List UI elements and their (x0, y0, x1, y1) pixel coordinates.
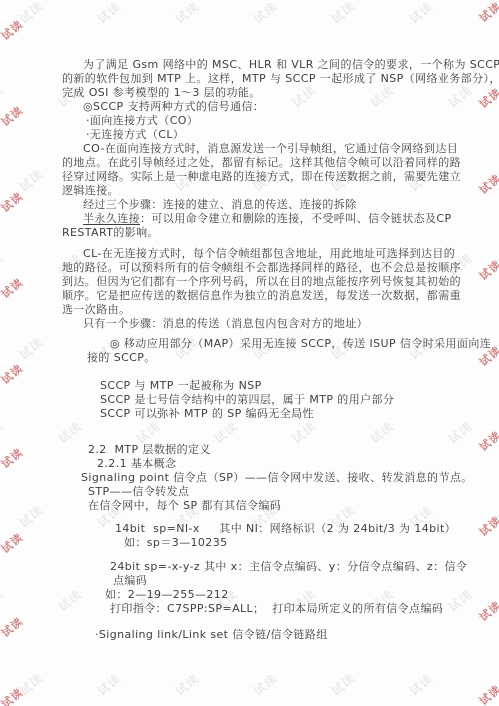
trial-watermark: 试读 (0, 250, 7, 280)
text-line: SCCP 与 MTP 一起被称为 NSP (100, 379, 262, 392)
trial-watermark: 试读 (55, 586, 86, 616)
trial-edge-stamp: 试读 (476, 681, 499, 706)
trial-edge-stamp: 试读 (476, 0, 499, 26)
trial-watermark: 试读 (94, 670, 125, 700)
trial-watermark: 试读 (211, 418, 242, 448)
text-line: 如：sp＝3—10235 (124, 536, 228, 549)
text-line: CL-在无连接方式时，每个信令帧组都包含地址，用此地址可选择到达目的 (83, 247, 455, 260)
text-line: 逻辑连接。 (62, 184, 119, 197)
text-line: 打印指令：C7SPP:SP=ALL； 打印本局所定义的所有信令点编码 (110, 602, 443, 615)
text-line: ◎SCCP 支持两种方式的信号通信： (83, 100, 264, 113)
trial-watermark: 试读 (289, 418, 320, 448)
text-line: ·面向连接方式（CO） (86, 114, 198, 127)
trial-watermark: 试读 (445, 586, 476, 616)
text-line: ◎ 移动应用部分（MAP）采用无连接 SCCP，传送 ISUP 信令时采用面向连 (110, 337, 491, 350)
trial-watermark: 试读 (172, 0, 203, 27)
trial-edge-stamp: 试读 (476, 512, 499, 540)
trial-watermark: 试读 (445, 82, 476, 112)
trial-watermark: 试读 (94, 0, 125, 27)
trial-edge-stamp: 试读 (0, 274, 26, 302)
trial-edge-stamp: 试读 (476, 256, 499, 284)
text-line: 如：2—19—255—212 (105, 588, 229, 601)
text-line: 径穿过网络。实际上是一种虚电路的连接方式，即在传送数据之前，需要先建立 (62, 170, 461, 183)
trial-watermark: 试读 (367, 418, 398, 448)
trial-watermark: 试读 (0, 82, 7, 112)
trial-watermark: 试读 (16, 166, 47, 196)
text-line: 地的路径。可以预料所有的信令帧组不会都选择同样的路径，也不会总是按顺序 (62, 261, 461, 274)
text-line: 顺序。它是把应传送的数据信息作为独立的消息发送，每发送一次数据，都需重 (62, 289, 461, 302)
document-page: 试读试读试读试读试读试读试读试读试读试读试读试读试读试读试读试读试读试读试读试读… (0, 0, 499, 706)
trial-edge-stamp: 试读 (0, 188, 26, 216)
text-line: 半永久连接：可以用命令建立和删除的连接，不受呼叫、信令链状态及CP (83, 212, 452, 225)
text-line: 2.2.1 基本概念 (97, 457, 177, 470)
trial-watermark: 试读 (289, 82, 320, 112)
text-line: CO-在面向连接方式时，消息源发送一个引导帧组，它通过信令网络到达目 (83, 142, 458, 155)
trial-edge-stamp: 试读 (0, 360, 26, 388)
trial-edge-stamp: 试读 (476, 170, 499, 198)
trial-edge-stamp: 试读 (0, 613, 26, 641)
text-line: ·Signaling link/Link set 信令链/信令链路组 (95, 628, 328, 641)
trial-edge-stamp: 试读 (476, 597, 499, 625)
trial-watermark: 试读 (250, 670, 281, 700)
text-line: 24bit sp=-x-y-z 其中 x：主信令点编码、y：分信令点编码、z：信… (110, 560, 467, 573)
text-line: SCCP 是七号信令结构中的第四层，属于 MTP 的用户部分 (100, 393, 394, 406)
text-line: 在信令网中，每个 SP 都有其信令编码 (88, 499, 281, 512)
trial-watermark: 试读 (172, 670, 203, 700)
trial-watermark: 试读 (0, 586, 7, 616)
trial-edge-stamp: 试读 (0, 444, 26, 472)
text-line: 完成 OSI 参考模型的 1～3 层的功能。 (62, 86, 261, 99)
text-line: 接的 SCCP。 (87, 351, 156, 364)
text-line: 14bit sp=NI-x 其中 NI：网络标识（2 为 24bit/3 为 1… (115, 522, 456, 535)
trial-watermark: 试读 (328, 670, 359, 700)
trial-watermark: 试读 (250, 0, 281, 27)
trial-watermark: 试读 (0, 418, 7, 448)
text-line: ·无连接方式（CL） (86, 128, 184, 141)
text-line: 点编码 (113, 574, 147, 587)
text-line: 为了满足 Gsm 网络中的 MSC、HLR 和 VLR 之间的信令的要求，一个称… (83, 58, 499, 71)
trial-watermark: 试读 (55, 418, 86, 448)
text-line: 选一次路由。 (62, 303, 130, 316)
text-line: 的新的软件包加到 MTP 上。这样，MTP 与 SCCP 一起形成了 NSP（网… (62, 72, 499, 85)
trial-watermark: 试读 (16, 334, 47, 364)
trial-watermark: 试读 (328, 0, 359, 27)
trial-watermark: 试读 (445, 418, 476, 448)
text-line: 只有一个步骤：消息的传送（消息包内包含对方的地址） (83, 317, 368, 330)
trial-edge-stamp: 试读 (476, 427, 499, 455)
trial-watermark: 试读 (16, 502, 47, 532)
text-line: 经过三个步骤：连接的建立、消息的传送、连接的拆除 (83, 198, 357, 211)
text-line: RESTART的影响。 (62, 226, 159, 239)
trial-watermark: 试读 (367, 82, 398, 112)
text-line: STP——信令转发点 (88, 485, 189, 498)
underlined-term: 半永久连接 (83, 212, 140, 225)
text-line: 2.2 MTP 层数据的定义 (88, 443, 211, 456)
trial-edge-stamp: 试读 (0, 529, 26, 557)
text-line: 到达。但因为它们都有一个序列号码，所以在目的地点能按序列号恢复其初始的 (62, 275, 461, 288)
trial-edge-stamp: 试读 (0, 102, 26, 130)
text-line: Signaling point 信令点（SP）——信令网中发送、接收、转发消息的… (81, 471, 473, 484)
text-line: SCCP 可以弥补 MTP 的 SP 编码无全局性 (100, 407, 314, 420)
trial-watermark: 试读 (406, 0, 437, 27)
trial-edge-stamp: 试读 (476, 84, 499, 112)
trial-watermark: 试读 (406, 670, 437, 700)
text-line: 的地点。在此引导帧经过之处，都留有标记。这样其他信令帧可以沿着同样的路 (62, 156, 461, 169)
